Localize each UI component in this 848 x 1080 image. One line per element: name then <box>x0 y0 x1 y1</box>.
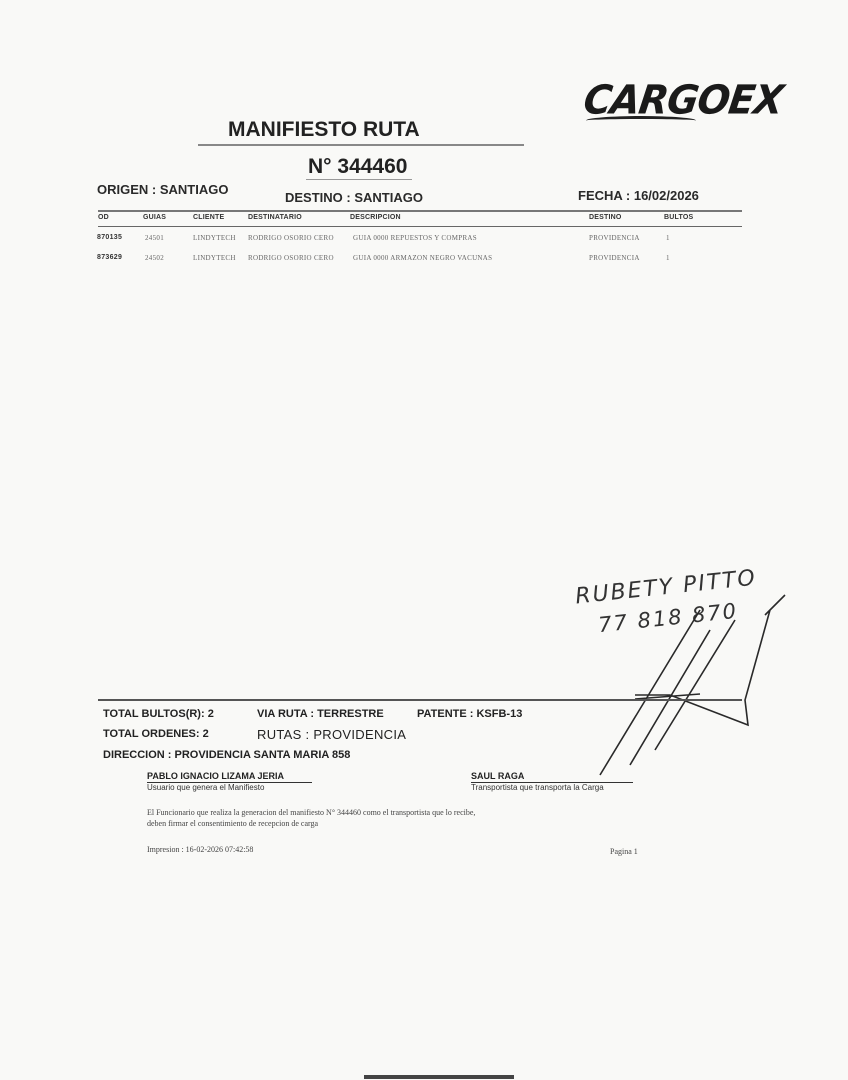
via-ruta: VIA RUTA : TERRESTRE <box>257 708 384 720</box>
cell-od: 873629 <box>97 254 122 261</box>
date: FECHA : 16/02/2026 <box>578 188 699 203</box>
patente: PATENTE : KSFB-13 <box>417 708 522 720</box>
carrier-role: Transportista que transporta la Carga <box>471 783 604 792</box>
table-header-rule <box>98 226 742 227</box>
generator-role: Usuario que genera el Manifiesto <box>147 783 264 792</box>
table-top-rule <box>98 210 742 212</box>
origin: ORIGEN : SANTIAGO <box>97 182 228 197</box>
col-destinatario: DESTINATARIO <box>248 214 302 221</box>
title-rule <box>198 144 524 146</box>
total-bultos: TOTAL BULTOS(R): 2 <box>103 708 214 720</box>
destination: DESTINO : SANTIAGO <box>285 190 423 205</box>
generator-name: PABLO IGNACIO LIZAMA JERIA <box>147 771 284 781</box>
col-destino: DESTINO <box>589 214 622 221</box>
cell-destinatario: RODRIGO OSORIO CERO <box>248 234 334 242</box>
cell-destino: PROVIDENCIA <box>589 254 640 262</box>
cell-descripcion: GUIA 0000 REPUESTOS Y COMPRAS <box>353 234 477 242</box>
cell-cliente: LINDYTECH <box>193 254 236 262</box>
document-title: MANIFIESTO RUTA <box>228 118 420 142</box>
page-number: Pagina 1 <box>610 847 638 856</box>
signature-scribble <box>560 590 800 780</box>
col-descripcion: DESCRIPCION <box>350 214 401 221</box>
logo-swoosh <box>586 116 696 125</box>
cell-bultos: 1 <box>666 234 670 242</box>
total-ordenes: TOTAL ORDENES: 2 <box>103 728 209 740</box>
col-cliente: CLIENTE <box>193 214 224 221</box>
cell-destino: PROVIDENCIA <box>589 234 640 242</box>
cell-descripcion: GUIA 0000 ARMAZON NEGRO VACUNAS <box>353 254 492 262</box>
print-timestamp: Impresion : 16-02-2026 07:42:58 <box>147 845 253 854</box>
direccion: DIRECCION : PROVIDENCIA SANTA MARIA 858 <box>103 749 350 761</box>
cell-od: 870135 <box>97 234 122 241</box>
footer-rule <box>98 699 742 701</box>
rutas: RUTAS : PROVIDENCIA <box>257 727 406 742</box>
cell-bultos: 1 <box>666 254 670 262</box>
cell-cliente: LINDYTECH <box>193 234 236 242</box>
cell-guias: 24502 <box>145 254 164 262</box>
col-guias: GUIAS <box>143 214 166 221</box>
carrier-name: SAUL RAGA <box>471 771 524 781</box>
manifest-number: N° 344460 <box>308 155 407 179</box>
col-od: OD <box>98 214 109 221</box>
note-line-2: deben firmar el consentimiento de recepc… <box>147 818 318 829</box>
note-line-1: El Funcionario que realiza la generacion… <box>147 807 475 818</box>
number-rule <box>306 179 412 180</box>
cell-guias: 24501 <box>145 234 164 242</box>
scan-edge-mark <box>364 1075 514 1079</box>
col-bultos: BULTOS <box>664 214 693 221</box>
cell-destinatario: RODRIGO OSORIO CERO <box>248 254 334 262</box>
